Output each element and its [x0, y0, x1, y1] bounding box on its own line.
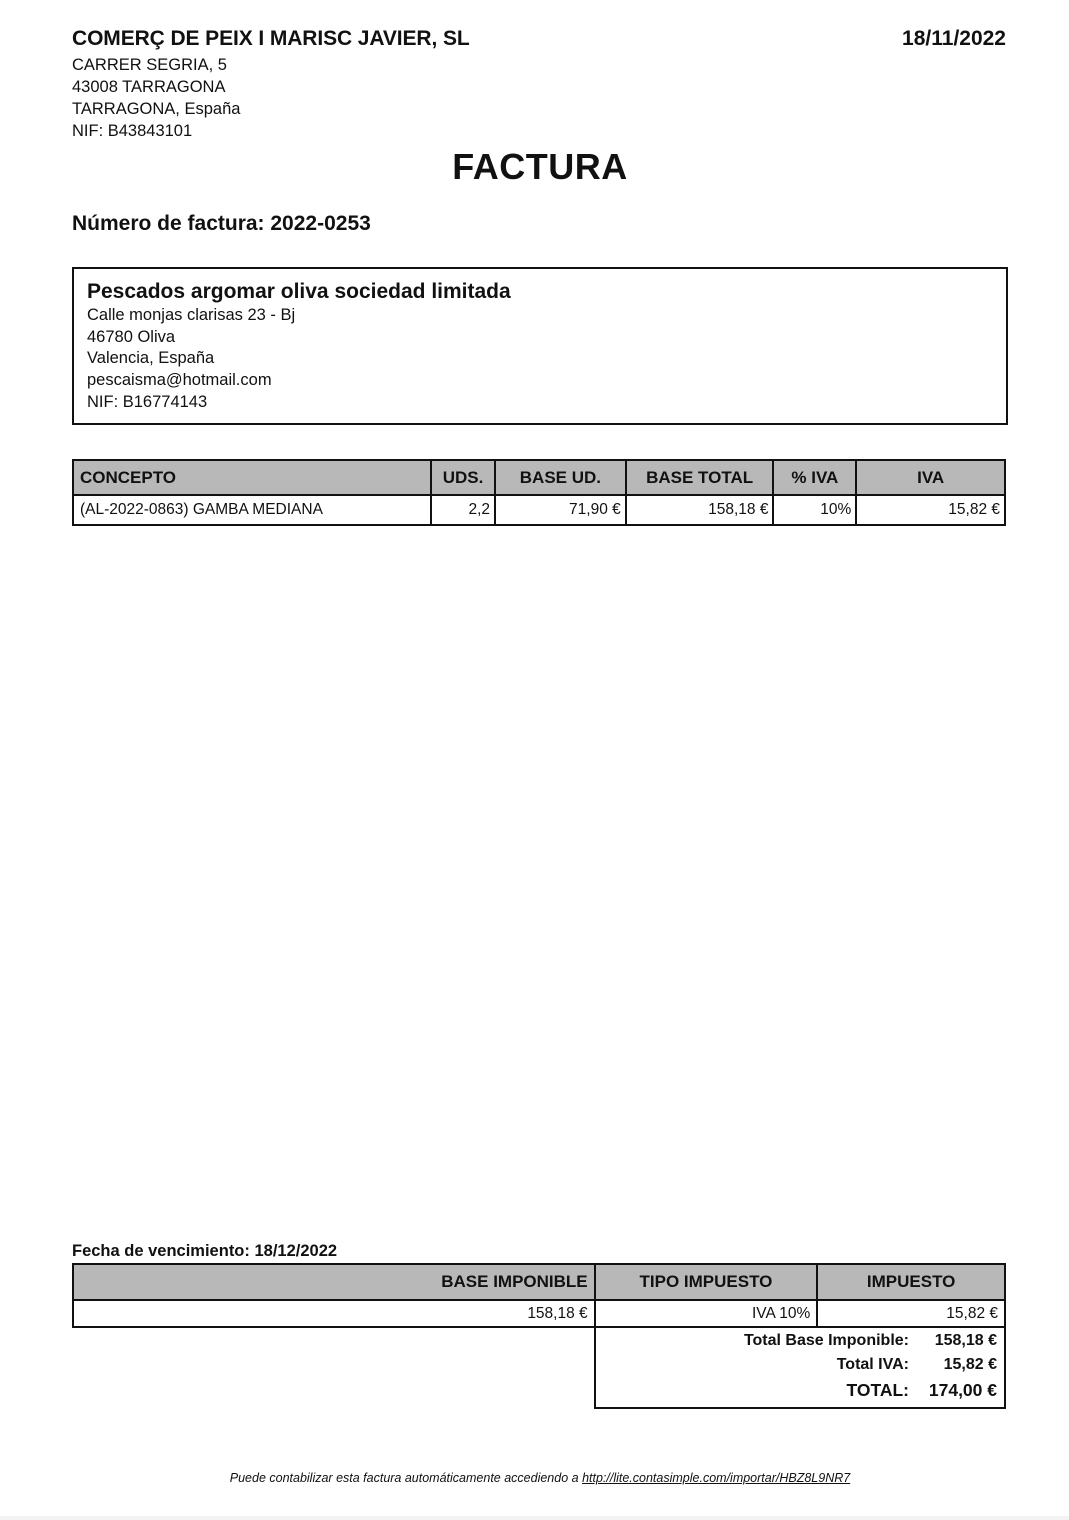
- total-base-value: 158,18 €: [915, 1329, 997, 1353]
- table-row: 158,18 € IVA 10% 15,82 €: [73, 1300, 1005, 1327]
- cell-uds: 2,2: [431, 495, 495, 525]
- cell-tipo-impuesto: IVA 10%: [595, 1300, 818, 1327]
- cell-base-ud: 71,90 €: [495, 495, 626, 525]
- tax-header-row: BASE IMPONIBLE TIPO IMPUESTO IMPUESTO: [73, 1264, 1005, 1300]
- col-header-base-ud: BASE UD.: [495, 460, 626, 495]
- document-title: FACTURA: [0, 146, 1069, 188]
- total-base-label: Total Base Imponible:: [744, 1329, 909, 1353]
- totals-box: Total Base Imponible: 158,18 € Total IVA…: [594, 1324, 1006, 1409]
- total-iva-value: 15,82 €: [915, 1353, 997, 1377]
- import-link[interactable]: http://lite.contasimple.com/importar/HBZ…: [582, 1471, 850, 1485]
- grand-total-row: TOTAL: 174,00 €: [596, 1377, 997, 1403]
- col-header-iva-percent: % IVA: [773, 460, 856, 495]
- issuer-address-city: 43008 TARRAGONA: [72, 76, 225, 98]
- invoice-date: 18/11/2022: [902, 27, 1006, 51]
- footer-text: Puede contabilizar esta factura automáti…: [230, 1471, 582, 1485]
- col-header-concepto: CONCEPTO: [73, 460, 431, 495]
- cell-concepto: (AL-2022-0863) GAMBA MEDIANA: [73, 495, 431, 525]
- total-iva-row: Total IVA: 15,82 €: [596, 1353, 997, 1377]
- grand-total-label: TOTAL:: [846, 1377, 909, 1403]
- col-header-iva: IVA: [856, 460, 1005, 495]
- issuer-address-region: TARRAGONA, España: [72, 98, 240, 120]
- cell-impuesto: 15,82 €: [817, 1300, 1005, 1327]
- items-table: CONCEPTO UDS. BASE UD. BASE TOTAL % IVA …: [72, 459, 1006, 526]
- client-email: pescaisma@hotmail.com: [87, 370, 993, 392]
- footer-note: Puede contabilizar esta factura automáti…: [0, 1471, 1069, 1485]
- client-address-city: 46780 Oliva: [87, 327, 993, 349]
- client-box: Pescados argomar oliva sociedad limitada…: [72, 267, 1008, 425]
- client-address-street: Calle monjas clarisas 23 - Bj: [87, 305, 993, 327]
- due-date: Fecha de vencimiento: 18/12/2022: [72, 1242, 337, 1261]
- cell-base-imponible: 158,18 €: [73, 1300, 595, 1327]
- issuer-nif: NIF: B43843101: [72, 120, 192, 142]
- col-header-uds: UDS.: [431, 460, 495, 495]
- page-bottom-edge: [0, 1516, 1069, 1520]
- col-header-tipo-impuesto: TIPO IMPUESTO: [595, 1264, 818, 1300]
- total-iva-label: Total IVA:: [837, 1353, 909, 1377]
- invoice-number: Número de factura: 2022-0253: [72, 212, 371, 236]
- cell-iva-percent: 10%: [773, 495, 856, 525]
- tax-summary-table: BASE IMPONIBLE TIPO IMPUESTO IMPUESTO 15…: [72, 1263, 1006, 1328]
- cell-iva: 15,82 €: [856, 495, 1005, 525]
- items-header-row: CONCEPTO UDS. BASE UD. BASE TOTAL % IVA …: [73, 460, 1005, 495]
- grand-total-value: 174,00 €: [915, 1377, 997, 1403]
- issuer-name: COMERÇ DE PEIX I MARISC JAVIER, SL: [72, 27, 470, 51]
- issuer-address-street: CARRER SEGRIA, 5: [72, 54, 227, 76]
- client-address-region: Valencia, España: [87, 348, 993, 370]
- col-header-base-imponible: BASE IMPONIBLE: [73, 1264, 595, 1300]
- total-base-row: Total Base Imponible: 158,18 €: [596, 1329, 997, 1353]
- col-header-impuesto: IMPUESTO: [817, 1264, 1005, 1300]
- client-nif: NIF: B16774143: [87, 392, 993, 414]
- col-header-base-total: BASE TOTAL: [626, 460, 774, 495]
- table-row: (AL-2022-0863) GAMBA MEDIANA 2,2 71,90 €…: [73, 495, 1005, 525]
- client-name: Pescados argomar oliva sociedad limitada: [87, 279, 993, 305]
- cell-base-total: 158,18 €: [626, 495, 774, 525]
